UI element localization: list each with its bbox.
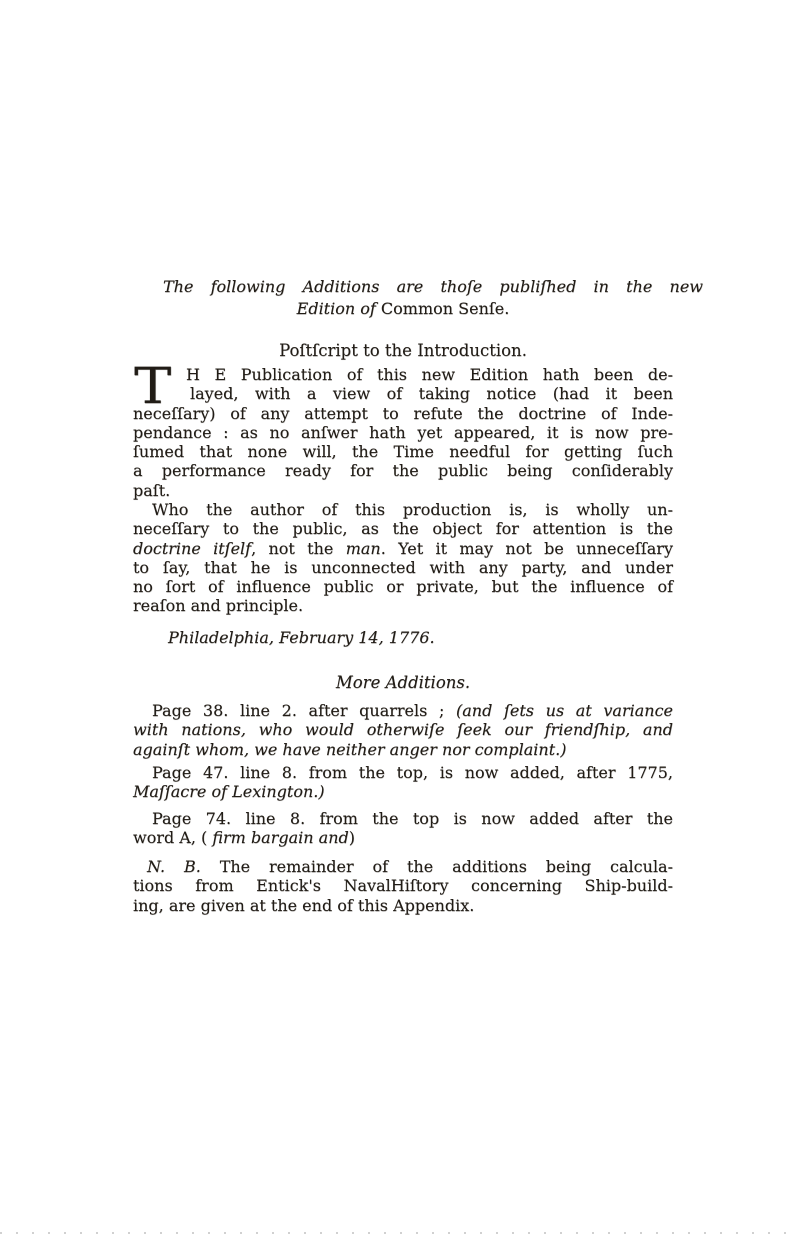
text-line: Page 74. line 8. from the top is now add…	[133, 809, 673, 828]
paragraph-publication-delay: T H E Publication of this new Edition ha…	[133, 365, 673, 500]
roman-run: , not the	[251, 539, 346, 558]
text-line: H E Publication of this new Edition hath…	[133, 365, 673, 384]
text-line: a performance ready for the public being…	[133, 461, 673, 480]
text-line: Maſſacre of Lexington.)	[133, 782, 673, 801]
text-line: N. B. The remainder of the additions bei…	[133, 857, 673, 876]
italic-run: firm bargain and	[212, 828, 348, 847]
addition-entry-page-47: Page 47. line 8. from the top, is now ad…	[133, 763, 673, 802]
more-additions-heading: More Additions.	[133, 673, 673, 693]
text-line: againſt whom, we have neither anger nor …	[133, 740, 673, 759]
text-line: to ſay, that he is unconnected with any …	[133, 558, 673, 577]
text-line: ſumed that none will, the Time needful f…	[133, 442, 673, 461]
text-line: with nations, who would otherwiſe ſeek o…	[133, 720, 673, 739]
postscript-section-heading: Poſtſcript to the Introduction.	[133, 341, 673, 361]
text-line: Page 47. line 8. from the top, is now ad…	[133, 763, 673, 782]
text-line: reaſon and principle.	[133, 596, 673, 615]
text-line: word A, ( firm bargain and)	[133, 828, 673, 847]
text-line: Who the author of this production is, is…	[133, 500, 673, 519]
addition-entry-page-38: Page 38. line 2. after quarrels ; (and ſ…	[133, 701, 673, 759]
italic-run: (and ſets us at variance	[456, 701, 673, 720]
addition-entry-page-74: Page 74. line 8. from the top is now add…	[133, 809, 673, 848]
text-line: no ſort of influence public or private, …	[133, 577, 673, 596]
header-caption-italic-run: Edition of	[297, 299, 381, 318]
roman-run: . Yet it may not be unneceſſary	[381, 539, 673, 558]
text-line: doctrine itſelf, not the man. Yet it may…	[133, 539, 673, 558]
text-line: ing, are given at the end of this Append…	[133, 896, 673, 915]
place-date-line: Philadelphia, February 14, 1776.	[133, 628, 708, 647]
italic-run: N. B.	[147, 857, 220, 876]
header-caption-line-1: The following Additions are thoſe publiſ…	[133, 276, 703, 298]
paragraph-author-anonymity: Who the author of this production is, is…	[133, 500, 673, 616]
text-line: pendance : as no anſwer hath yet appeare…	[133, 423, 673, 442]
text-line: neceſſary) of any attempt to refute the …	[133, 404, 673, 423]
roman-run: )	[349, 828, 355, 847]
italic-run: doctrine itſelf	[133, 539, 251, 558]
nota-bene-paragraph: N. B. The remainder of the additions bei…	[133, 857, 673, 915]
roman-run: The remainder of the additions being cal…	[220, 857, 673, 876]
text-line: layed, with a view of taking notice (had…	[133, 384, 673, 403]
scanner-artifact-dotted-line	[0, 1232, 800, 1234]
roman-run: Page 38. line 2. after quarrels ;	[152, 701, 456, 720]
header-caption-roman-run: Common Senſe.	[381, 299, 509, 318]
header-caption-line-2: Edition of Common Senſe.	[133, 298, 673, 320]
text-line: neceſſary to the public, as the object f…	[133, 519, 673, 538]
scanned-book-page: The following Additions are thoſe publiſ…	[0, 0, 800, 1237]
drop-cap-letter: T	[134, 368, 171, 404]
text-line: paſt.	[133, 481, 673, 500]
roman-run: word A, (	[133, 828, 212, 847]
text-line: Page 38. line 2. after quarrels ; (and ſ…	[133, 701, 673, 720]
italic-run: man	[346, 539, 381, 558]
text-line: tions from Entick's NavalHiſtory concern…	[133, 876, 673, 895]
